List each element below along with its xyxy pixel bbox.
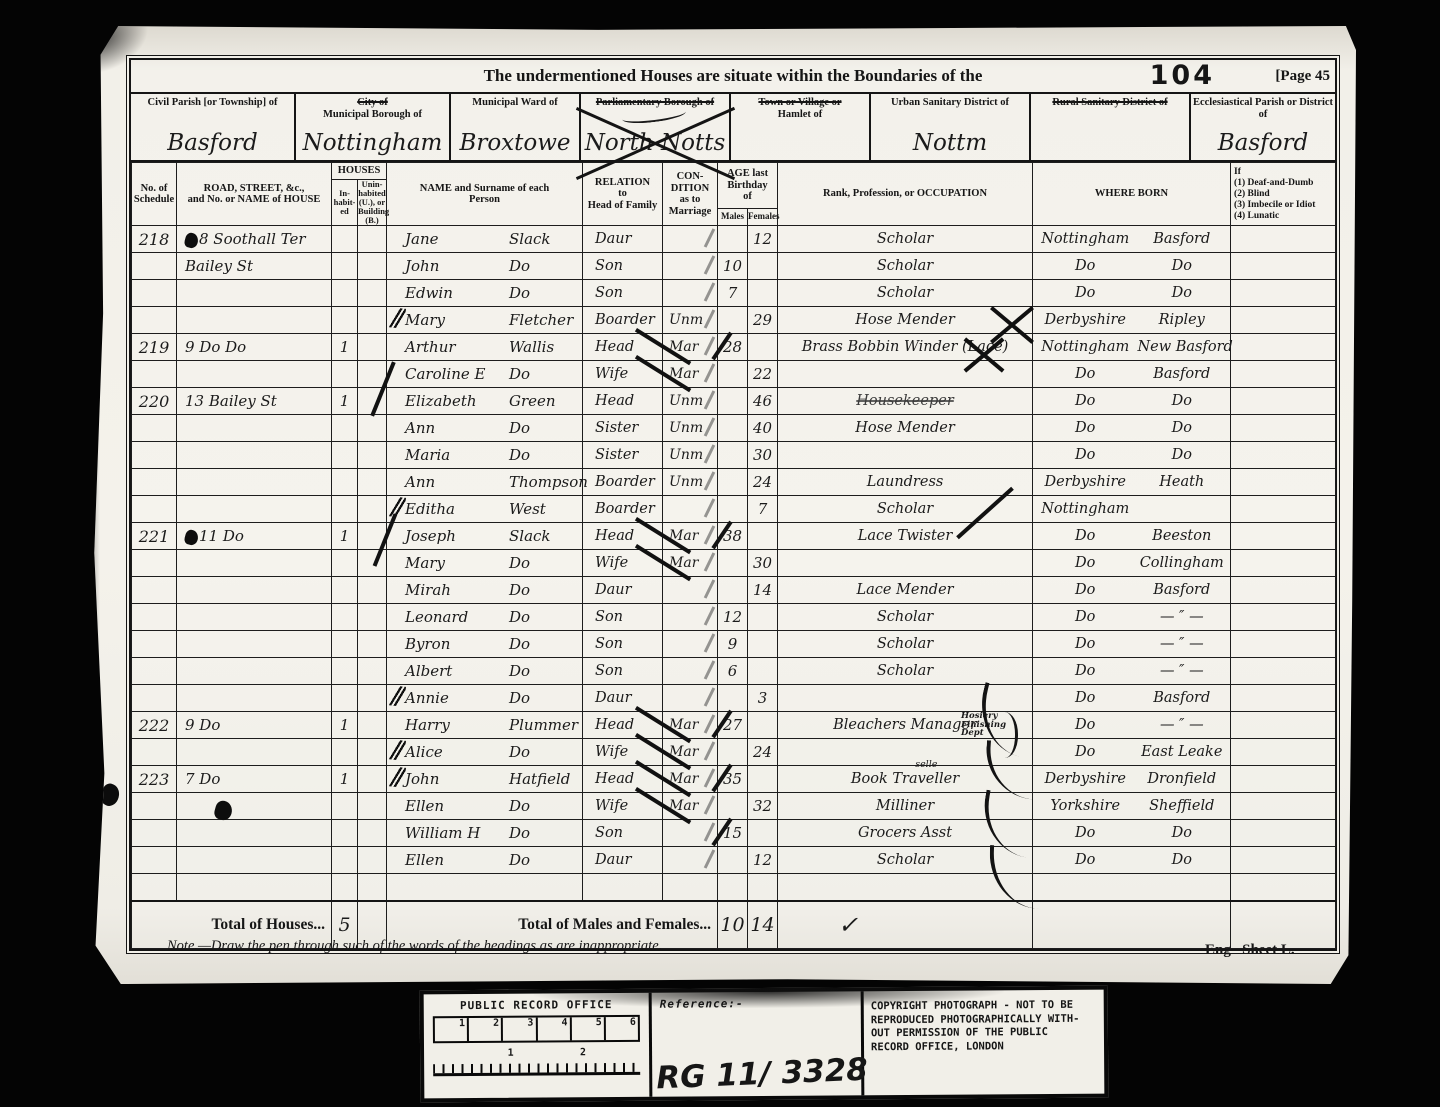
disability-cell <box>1231 631 1336 658</box>
condition-cell: Mar <box>663 550 718 577</box>
age-female-cell: 29 <box>748 307 778 334</box>
schedule-cell <box>132 577 177 604</box>
disability-cell <box>1231 712 1336 739</box>
col-condition: CON- DITION as to Marriage <box>663 163 718 226</box>
born-cell: DoEast Leake <box>1033 739 1231 766</box>
table-row: AnnDoSisterUnm40Hose MenderDoDo <box>132 415 1336 442</box>
age-female-cell: 12 <box>748 847 778 874</box>
name-cell: AnnDo <box>387 415 583 442</box>
relation-cell: Son <box>583 604 663 631</box>
relation-cell: Son <box>583 820 663 847</box>
age-female-cell: 30 <box>748 550 778 577</box>
district-cell: Urban Sanitary District ofNottm <box>871 94 1031 160</box>
schedule-cell: 221 <box>132 523 177 550</box>
condition-cell: Mar <box>663 334 718 361</box>
age-female-cell <box>748 658 778 685</box>
age-male-cell: 35 <box>718 766 748 793</box>
road-cell: 8 Soothall Ter <box>177 226 332 253</box>
road-cell <box>177 415 332 442</box>
condition-cell <box>663 253 718 280</box>
uninhabited-cell <box>358 523 387 550</box>
col-disability: If (1) Deaf-and-Dumb (2) Blind (3) Imbec… <box>1231 163 1336 226</box>
road-cell <box>177 577 332 604</box>
age-male-cell: 12 <box>718 604 748 631</box>
schedule-cell <box>132 469 177 496</box>
age-female-cell <box>748 874 778 902</box>
age-female-cell <box>748 280 778 307</box>
name-cell: AlbertDo <box>387 658 583 685</box>
condition-cell: Unm <box>663 469 718 496</box>
born-cell: DoCollingham <box>1033 550 1231 577</box>
age-male-cell <box>718 307 748 334</box>
folio-number: 104 <box>1150 61 1215 91</box>
district-label: Civil Parish [or Township] of <box>148 97 278 109</box>
age-female-cell <box>748 604 778 631</box>
table-row: AnnieDoDaur3DoBasford <box>132 685 1336 712</box>
born-cell: DoBasford <box>1033 361 1231 388</box>
age-male-cell: 15 <box>718 820 748 847</box>
table-row: William HDoSon15Grocers AsstDoDo <box>132 820 1336 847</box>
district-label: Rural Sanitary District of <box>1052 97 1167 109</box>
occupation-superscript: selle <box>915 759 937 770</box>
schedule-cell: 219 <box>132 334 177 361</box>
born-cell <box>1033 874 1231 902</box>
uninhabited-cell <box>358 415 387 442</box>
form-title-row: The undermentioned Houses are situate wi… <box>131 60 1335 94</box>
table-row: 2199 Do Do1ArthurWallisHeadMar28Brass Bo… <box>132 334 1336 361</box>
schedule-cell <box>132 793 177 820</box>
inhabited-cell <box>332 415 358 442</box>
district-label: Hamlet of <box>778 109 823 121</box>
age-male-cell: 10 <box>718 253 748 280</box>
inhabited-cell <box>332 469 358 496</box>
age-female-cell <box>748 712 778 739</box>
table-row: 22013 Bailey St1ElizabethGreenHeadUnm46H… <box>132 388 1336 415</box>
inhabited-cell <box>332 739 358 766</box>
table-row: AliceDoWifeMar24DoEast Leake <box>132 739 1336 766</box>
born-cell: DoDo <box>1033 847 1231 874</box>
district-cell: City ofMunicipal Borough ofNottingham <box>296 94 451 160</box>
table-row: 22111 Do1JosephSlackHeadMar38Lace Twiste… <box>132 523 1336 550</box>
occupation-cell <box>778 739 1033 766</box>
schedule-cell <box>132 442 177 469</box>
relation-cell: Son <box>583 631 663 658</box>
schedule-cell <box>132 847 177 874</box>
disability-cell <box>1231 577 1336 604</box>
occupation-cell: Book Travellerselle <box>778 766 1033 793</box>
condition-cell: Mar <box>663 766 718 793</box>
table-row: 2237 Do1JohnHatfieldHeadMar35Book Travel… <box>132 766 1336 793</box>
table-row: 2229 Do1HarryPlummerHeadMar27Bleachers M… <box>132 712 1336 739</box>
paper-edge-streak <box>91 146 100 686</box>
uninhabited-cell <box>358 658 387 685</box>
name-cell: AnnThompson <box>387 469 583 496</box>
name-cell: LeonardDo <box>387 604 583 631</box>
occupation-cell: Hose Mender <box>778 415 1033 442</box>
table-row: MaryDoWifeMar30DoCollingham <box>132 550 1336 577</box>
name-cell: JosephSlack <box>387 523 583 550</box>
age-female-cell <box>748 253 778 280</box>
relation-cell: Son <box>583 658 663 685</box>
disability-cell <box>1231 388 1336 415</box>
form-title: The undermentioned Houses are situate wi… <box>484 66 983 85</box>
age-female-cell <box>748 523 778 550</box>
age-male-cell <box>718 442 748 469</box>
empty-cell <box>1033 901 1231 949</box>
name-cell <box>387 874 583 902</box>
age-female-cell: 46 <box>748 388 778 415</box>
disability-cell <box>1231 523 1336 550</box>
col-road: ROAD, STREET, &c., and No. or NAME of HO… <box>177 163 332 226</box>
inhabited-cell <box>332 820 358 847</box>
disability-cell <box>1231 820 1336 847</box>
condition-cell <box>663 496 718 523</box>
table-row: 2188 Soothall TerJaneSlackDaur12ScholarN… <box>132 226 1336 253</box>
condition-cell <box>663 226 718 253</box>
schedule-cell <box>132 631 177 658</box>
occupation-cell: Scholar <box>778 280 1033 307</box>
ruler-cm-1: 1 <box>508 1048 514 1059</box>
age-female-cell: 12 <box>748 226 778 253</box>
stamp-smudge <box>534 986 1004 1009</box>
disability-cell <box>1231 874 1336 902</box>
name-cell: EdithaWest <box>387 496 583 523</box>
district-label: Parliamentary Borough of <box>596 97 714 109</box>
district-value: North Notts <box>585 131 726 155</box>
name-cell: JohnDo <box>387 253 583 280</box>
col-houses: HOUSES <box>332 163 387 180</box>
inhabited-cell <box>332 631 358 658</box>
district-cell: Civil Parish [or Township] ofBasford <box>131 94 296 160</box>
census-table: No. of Schedule ROAD, STREET, &c., and N… <box>131 162 1336 949</box>
schedule-cell <box>132 550 177 577</box>
occupation-cell: Lace Mender <box>778 577 1033 604</box>
age-male-cell: 28 <box>718 334 748 361</box>
road-cell: 11 Do <box>177 523 332 550</box>
condition-cell <box>663 847 718 874</box>
age-male-cell: 9 <box>718 631 748 658</box>
born-cell: DoDo <box>1033 820 1231 847</box>
inhabited-cell <box>332 685 358 712</box>
district-cell: Parliamentary Borough ofNorth Notts <box>581 94 731 160</box>
uninhabited-cell <box>358 550 387 577</box>
district-value: Nottingham <box>303 131 443 155</box>
census-form-paper: The undermentioned Houses are situate wi… <box>93 26 1356 984</box>
road-cell: 9 Do Do <box>177 334 332 361</box>
schedule-cell: 218 <box>132 226 177 253</box>
uninhabited-cell <box>358 307 387 334</box>
schedule-cell <box>132 604 177 631</box>
age-male-cell <box>718 874 748 902</box>
relation-cell: Sister <box>583 442 663 469</box>
uninhabited-cell <box>358 766 387 793</box>
condition-cell <box>663 658 718 685</box>
table-row: AnnThompsonBoarderUnm24LaundressDerbyshi… <box>132 469 1336 496</box>
occupation-cell: Scholar <box>778 253 1033 280</box>
relation-cell: Daur <box>583 685 663 712</box>
col-uninhabited: Unin- habited (U.), or Building (B.) <box>358 180 387 226</box>
paper-edge-ink-blot <box>97 781 122 808</box>
ruler-inch-number: 2 <box>469 1018 503 1041</box>
road-cell <box>177 631 332 658</box>
road-cell <box>177 280 332 307</box>
inhabited-cell <box>332 793 358 820</box>
inhabited-cell <box>332 874 358 902</box>
born-cell: DerbyshireHeath <box>1033 469 1231 496</box>
occupation-cell: Scholar <box>778 226 1033 253</box>
uninhabited-cell <box>358 631 387 658</box>
uninhabited-cell <box>358 604 387 631</box>
district-label: Municipal Borough of <box>323 109 422 121</box>
uninhabited-cell <box>358 469 387 496</box>
condition-cell <box>663 820 718 847</box>
disability-cell <box>1231 685 1336 712</box>
road-cell <box>177 847 332 874</box>
table-row: EdwinDoSon7ScholarDoDo <box>132 280 1336 307</box>
district-value: Basford <box>167 131 258 155</box>
district-header-row: Civil Parish [or Township] ofBasfordCity… <box>131 94 1335 162</box>
condition-cell <box>663 874 718 902</box>
road-cell <box>177 874 332 902</box>
schedule-cell <box>132 820 177 847</box>
road-cell: 9 Do <box>177 712 332 739</box>
name-cell: HarryPlummer <box>387 712 583 739</box>
schedule-cell: 223 <box>132 766 177 793</box>
uninhabited-cell <box>358 685 387 712</box>
name-cell: JohnHatfield <box>387 766 583 793</box>
age-male-cell <box>718 361 748 388</box>
road-cell <box>177 604 332 631</box>
relation-cell: Head <box>583 388 663 415</box>
uninhabited-cell <box>358 253 387 280</box>
uninhabited-cell <box>358 793 387 820</box>
district-cell: Town or Village orHamlet of <box>731 94 871 160</box>
age-male-cell <box>718 847 748 874</box>
district-cell: Municipal Ward ofBroxtowe <box>451 94 581 160</box>
disability-cell <box>1231 658 1336 685</box>
age-female-cell: 24 <box>748 739 778 766</box>
condition-cell: Unm <box>663 415 718 442</box>
disability-cell <box>1231 847 1336 874</box>
inhabited-cell <box>332 496 358 523</box>
uninhabited-cell <box>358 280 387 307</box>
uninhabited-cell <box>358 577 387 604</box>
relation-cell: Son <box>583 280 663 307</box>
born-cell: Do— ″ — <box>1033 604 1231 631</box>
age-female-cell: 7 <box>748 496 778 523</box>
road-cell <box>177 496 332 523</box>
reference-number: RG 11/ 3328 <box>656 1052 869 1097</box>
occupation-cell: Scholar <box>778 658 1033 685</box>
road-cell: 13 Bailey St <box>177 388 332 415</box>
age-male-cell <box>718 226 748 253</box>
name-cell: JaneSlack <box>387 226 583 253</box>
occupation-cell <box>778 550 1033 577</box>
relation-cell <box>583 874 663 902</box>
road-cell: 7 Do <box>177 766 332 793</box>
name-cell: William HDo <box>387 820 583 847</box>
inhabited-cell <box>332 550 358 577</box>
public-record-office-stamp: PUBLIC RECORD OFFICE 123456 1 2 Referenc… <box>420 986 1109 1103</box>
ink-blot <box>213 799 234 822</box>
inhabited-cell: 1 <box>332 712 358 739</box>
road-cell <box>177 793 332 820</box>
disability-cell <box>1231 226 1336 253</box>
table-row: MariaDoSisterUnm30DoDo <box>132 442 1336 469</box>
born-cell: DoDo <box>1033 415 1231 442</box>
name-cell: MariaDo <box>387 442 583 469</box>
occupation-cell: Milliner <box>778 793 1033 820</box>
age-female-cell: 22 <box>748 361 778 388</box>
name-cell: EdwinDo <box>387 280 583 307</box>
district-label: Municipal Ward of <box>472 97 558 109</box>
age-female-cell: 30 <box>748 442 778 469</box>
age-female-cell: 14 <box>748 577 778 604</box>
age-female-cell <box>748 766 778 793</box>
age-male-cell <box>718 550 748 577</box>
inhabited-cell <box>332 280 358 307</box>
district-label: Ecclesiastical Parish or District of <box>1191 97 1335 120</box>
age-male-cell <box>718 469 748 496</box>
age-female-cell: 3 <box>748 685 778 712</box>
schedule-cell <box>132 307 177 334</box>
age-male-cell: 6 <box>718 658 748 685</box>
schedule-cell <box>132 253 177 280</box>
age-female-cell: 32 <box>748 793 778 820</box>
col-males: Males <box>718 209 748 226</box>
age-male-cell <box>718 685 748 712</box>
occupation-cell: Hose Mender <box>778 307 1033 334</box>
condition-cell <box>663 280 718 307</box>
table-header: No. of Schedule ROAD, STREET, &c., and N… <box>132 163 1336 226</box>
district-label: Urban Sanitary District of <box>891 97 1009 109</box>
inhabited-cell <box>332 307 358 334</box>
uninhabited-cell <box>358 847 387 874</box>
ruler-inch-number: 6 <box>606 1017 638 1040</box>
uninhabited-cell <box>358 388 387 415</box>
road-cell <box>177 307 332 334</box>
name-cell: ElizabethGreen <box>387 388 583 415</box>
col-born: WHERE BORN <box>1033 163 1231 226</box>
inhabited-cell <box>332 847 358 874</box>
census-table-body: 2188 Soothall TerJaneSlackDaur12ScholarN… <box>132 226 1336 902</box>
born-cell: Nottingham <box>1033 496 1231 523</box>
name-cell: AliceDo <box>387 739 583 766</box>
district-label: Town or Village or <box>758 97 841 109</box>
table-row: Bailey StJohnDoSon10ScholarDoDo <box>132 253 1336 280</box>
disability-cell <box>1231 739 1336 766</box>
age-male-cell <box>718 793 748 820</box>
col-schedule: No. of Schedule <box>132 163 177 226</box>
disability-cell <box>1231 415 1336 442</box>
schedule-cell <box>132 658 177 685</box>
uninhabited-cell <box>358 361 387 388</box>
district-value: Broxtowe <box>459 131 570 155</box>
relation-cell: Sister <box>583 415 663 442</box>
inhabited-cell: 1 <box>332 388 358 415</box>
condition-cell <box>663 604 718 631</box>
page-number-label: [Page 45 <box>1275 66 1330 86</box>
table-row: MaryFletcherBoarderUnm29Hose MenderDerby… <box>132 307 1336 334</box>
occupation-cell: Laundress <box>778 469 1033 496</box>
ink-blot <box>183 231 199 249</box>
road-cell <box>177 739 332 766</box>
age-male-cell <box>718 739 748 766</box>
ruler-centimetres: 1 2 <box>433 1047 640 1076</box>
table-row: EllenDoDaur12ScholarDoDo <box>132 847 1336 874</box>
col-occupation: Rank, Profession, or OCCUPATION <box>778 163 1033 226</box>
inhabited-cell <box>332 604 358 631</box>
district-value: Nottm <box>913 131 987 155</box>
uninhabited-cell <box>358 874 387 902</box>
inhabited-cell: 1 <box>332 334 358 361</box>
age-female-cell <box>748 820 778 847</box>
born-cell: Do— ″ — <box>1033 712 1231 739</box>
condition-cell: Unm <box>663 442 718 469</box>
age-female-cell: 40 <box>748 415 778 442</box>
born-cell: DoBeeston <box>1033 523 1231 550</box>
ruler-cm-2: 2 <box>580 1047 586 1058</box>
occupation-cell <box>778 442 1033 469</box>
scanned-census-page: The undermentioned Houses are situate wi… <box>0 0 1440 1107</box>
col-age: AGE last Birthday of <box>718 163 778 209</box>
uninhabited-cell <box>358 496 387 523</box>
born-cell: DoBasford <box>1033 685 1231 712</box>
uninhabited-cell <box>358 226 387 253</box>
age-male-cell <box>718 496 748 523</box>
age-female-cell <box>748 334 778 361</box>
born-cell: DoDo <box>1033 442 1231 469</box>
name-cell: AnnieDo <box>387 685 583 712</box>
occupation-cell <box>778 874 1033 902</box>
born-cell: Do— ″ — <box>1033 658 1231 685</box>
relation-cell: Daur <box>583 226 663 253</box>
schedule-cell: 220 <box>132 388 177 415</box>
born-cell: YorkshireSheffield <box>1033 793 1231 820</box>
occupation-cell: Scholar <box>778 847 1033 874</box>
condition-cell: Mar <box>663 712 718 739</box>
born-cell: DoBasford <box>1033 577 1231 604</box>
disability-cell <box>1231 334 1336 361</box>
district-value: Basford <box>1218 131 1309 155</box>
name-cell: MaryDo <box>387 550 583 577</box>
schedule-cell <box>132 415 177 442</box>
disability-cell <box>1231 793 1336 820</box>
occupation-note: Hosiery Finishing Dept <box>961 712 1006 738</box>
disability-cell <box>1231 307 1336 334</box>
schedule-cell <box>132 685 177 712</box>
ruler-inches: 123456 <box>433 1015 640 1043</box>
schedule-cell <box>132 739 177 766</box>
occupation-cell: Scholar <box>778 631 1033 658</box>
disability-cell <box>1231 280 1336 307</box>
col-females: Females <box>748 209 778 226</box>
condition-cell: Mar <box>663 793 718 820</box>
enumerator-checkmark: ✓ <box>778 901 1033 949</box>
condition-cell: Mar <box>663 523 718 550</box>
road-cell <box>177 658 332 685</box>
disability-cell <box>1231 469 1336 496</box>
uninhabited-cell <box>358 820 387 847</box>
inhabited-cell: 1 <box>332 766 358 793</box>
born-cell: DerbyshireDronfield <box>1033 766 1231 793</box>
road-cell <box>177 550 332 577</box>
schedule-cell <box>132 874 177 902</box>
uninhabited-cell <box>358 712 387 739</box>
uninhabited-cell <box>358 334 387 361</box>
disability-cell <box>1231 253 1336 280</box>
table-row: EllenDoWifeMar32MillinerYorkshireSheffie… <box>132 793 1336 820</box>
